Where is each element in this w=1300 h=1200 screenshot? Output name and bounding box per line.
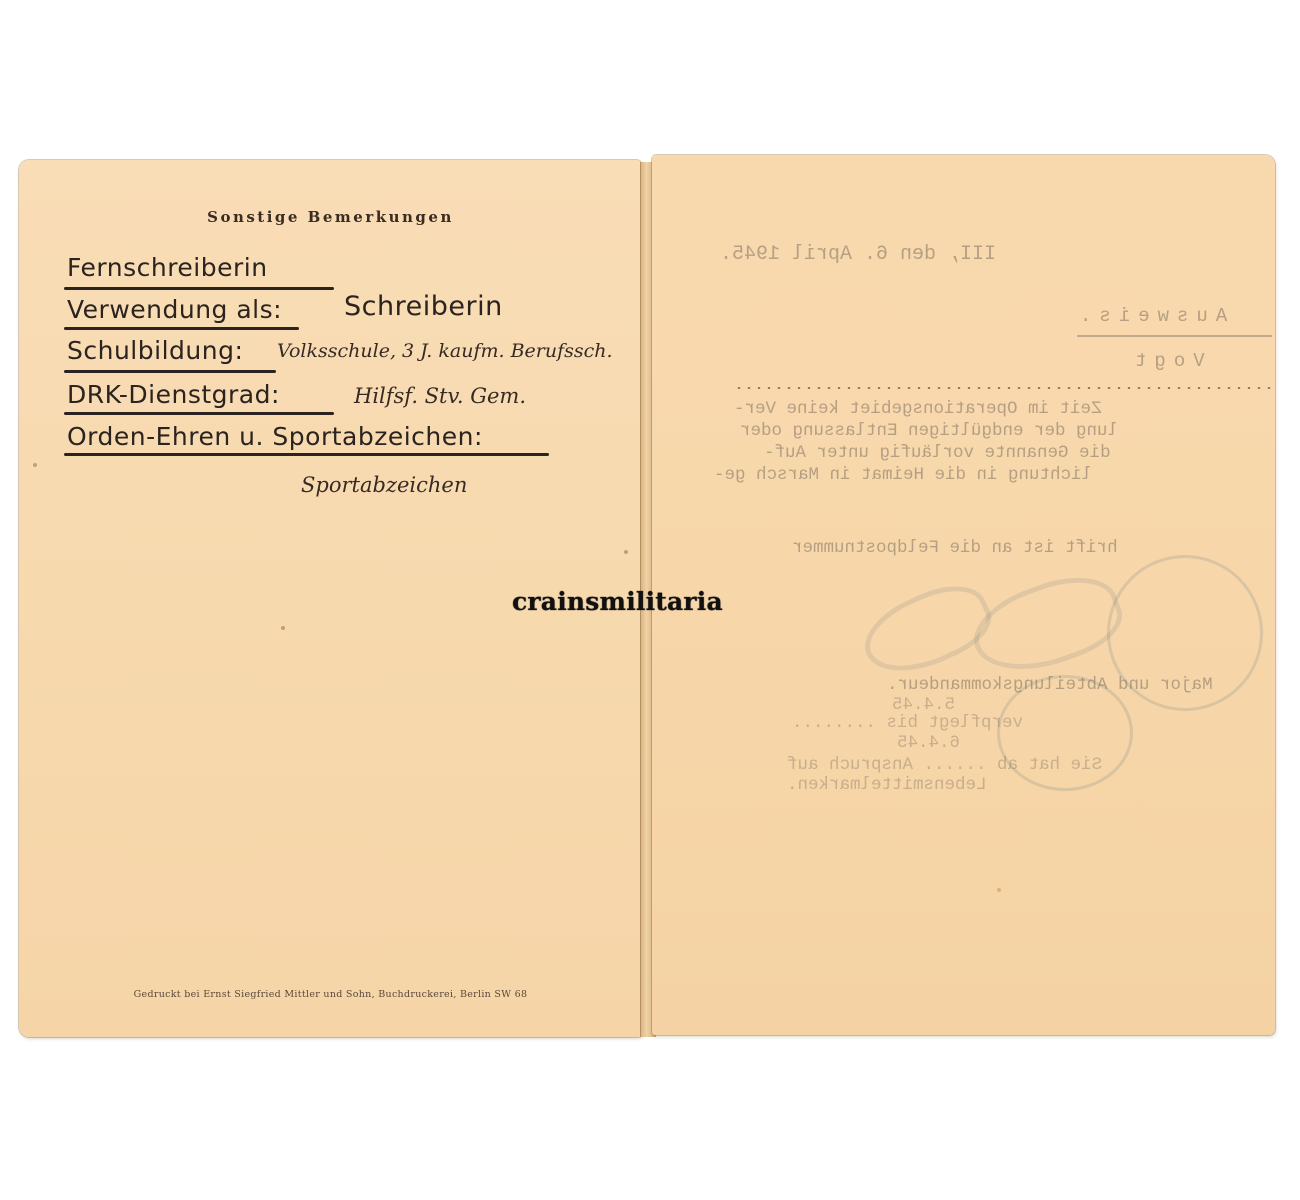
entry-label-usage: Verwendung als: <box>67 295 282 324</box>
bleed-text-line: die Genannte vorläufig unter Auf- <box>764 443 1111 463</box>
entry-label-drk-rank: DRK-Dienstgrad: <box>67 380 280 409</box>
bleed-text-line: lung der endgültigen Entlassung oder <box>740 421 1118 441</box>
bleed-text-line: Zeit im Operationsgebiet keine Ver- <box>734 399 1102 419</box>
paper-speck <box>624 550 628 554</box>
entry-value-drk-rank: Hilfsf. Stv. Gem. <box>354 384 526 408</box>
bleed-text-line: lichtung in die Heimat in Marsch ge- <box>714 465 1092 485</box>
bleed-text-line: hrift ist an die Feldpostnummer <box>792 538 1118 558</box>
paper-speck <box>281 626 285 630</box>
bleed-text-line: verpflegt bis ........ <box>792 713 1023 733</box>
bleed-text-signature-title: Major und Abteilungskommandeur. <box>887 675 1213 695</box>
entry-label-awards: Orden-Ehren u. Sportabzeichen: <box>67 422 483 451</box>
paper-speck <box>33 463 37 467</box>
dotted-line <box>734 387 1274 389</box>
bleed-text-line: Lebensmittelmarken. <box>787 775 987 795</box>
entry-label-schooling: Schulbildung: <box>67 336 243 365</box>
bleed-text-name: Vogt <box>1127 350 1205 372</box>
underline <box>64 453 549 456</box>
bleed-text-title: Ausweis. <box>1072 305 1227 327</box>
underline <box>64 370 276 373</box>
underline <box>64 412 334 415</box>
bleed-text-line: 5.4.45 <box>892 695 955 715</box>
printer-imprint: Gedruckt bei Ernst Siegfried Mittler und… <box>19 989 642 1000</box>
bleed-underline <box>1077 335 1272 337</box>
watermark: crainsmilitaria <box>512 587 723 616</box>
entry-value-awards: Sportabzeichen <box>301 473 467 497</box>
paper-speck <box>997 888 1001 892</box>
entry-label-occupation: Fernschreiberin <box>67 253 268 282</box>
entry-value-schooling: Volksschule, 3 J. kaufm. Berufssch. <box>277 340 613 362</box>
section-heading: Sonstige Bemerkungen <box>19 208 642 226</box>
entry-value-usage: Schreiberin <box>344 291 503 322</box>
underline <box>64 287 334 290</box>
signature-mark <box>963 562 1131 688</box>
bleed-text-date: III, den 6. April 1945. <box>720 243 996 266</box>
underline <box>64 327 299 330</box>
bleed-text-line: 6.4.45 <box>897 733 960 753</box>
bleed-text-line: Sie hat ab ...... Anspruch auf <box>787 755 1102 775</box>
right-page: III, den 6. April 1945. Ausweis. Vogt Ze… <box>652 155 1275 1035</box>
